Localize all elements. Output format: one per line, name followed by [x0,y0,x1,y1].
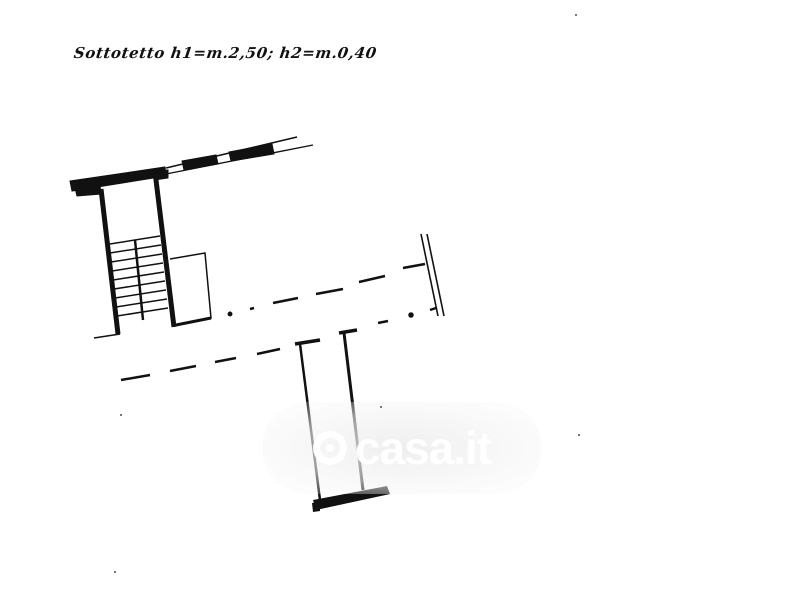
bottom-wall [312,486,390,512]
upper-dashed-line [229,264,425,315]
top-wall [70,137,313,196]
right-end-wall [421,234,444,316]
scan-speck [120,414,122,416]
scan-speck [575,14,577,16]
scan-speck [114,571,116,573]
scan-speck [380,406,382,408]
lower-dashed-line [121,308,436,380]
scan-speck [578,434,580,436]
floor-plan-canvas: Sottotetto h1=m.2,50; h2=m.0,40 [0,0,800,592]
corridor-walls [295,330,363,500]
staircase [110,236,168,320]
side-room-outline [170,253,211,325]
floor-plan-drawing [0,0,800,592]
